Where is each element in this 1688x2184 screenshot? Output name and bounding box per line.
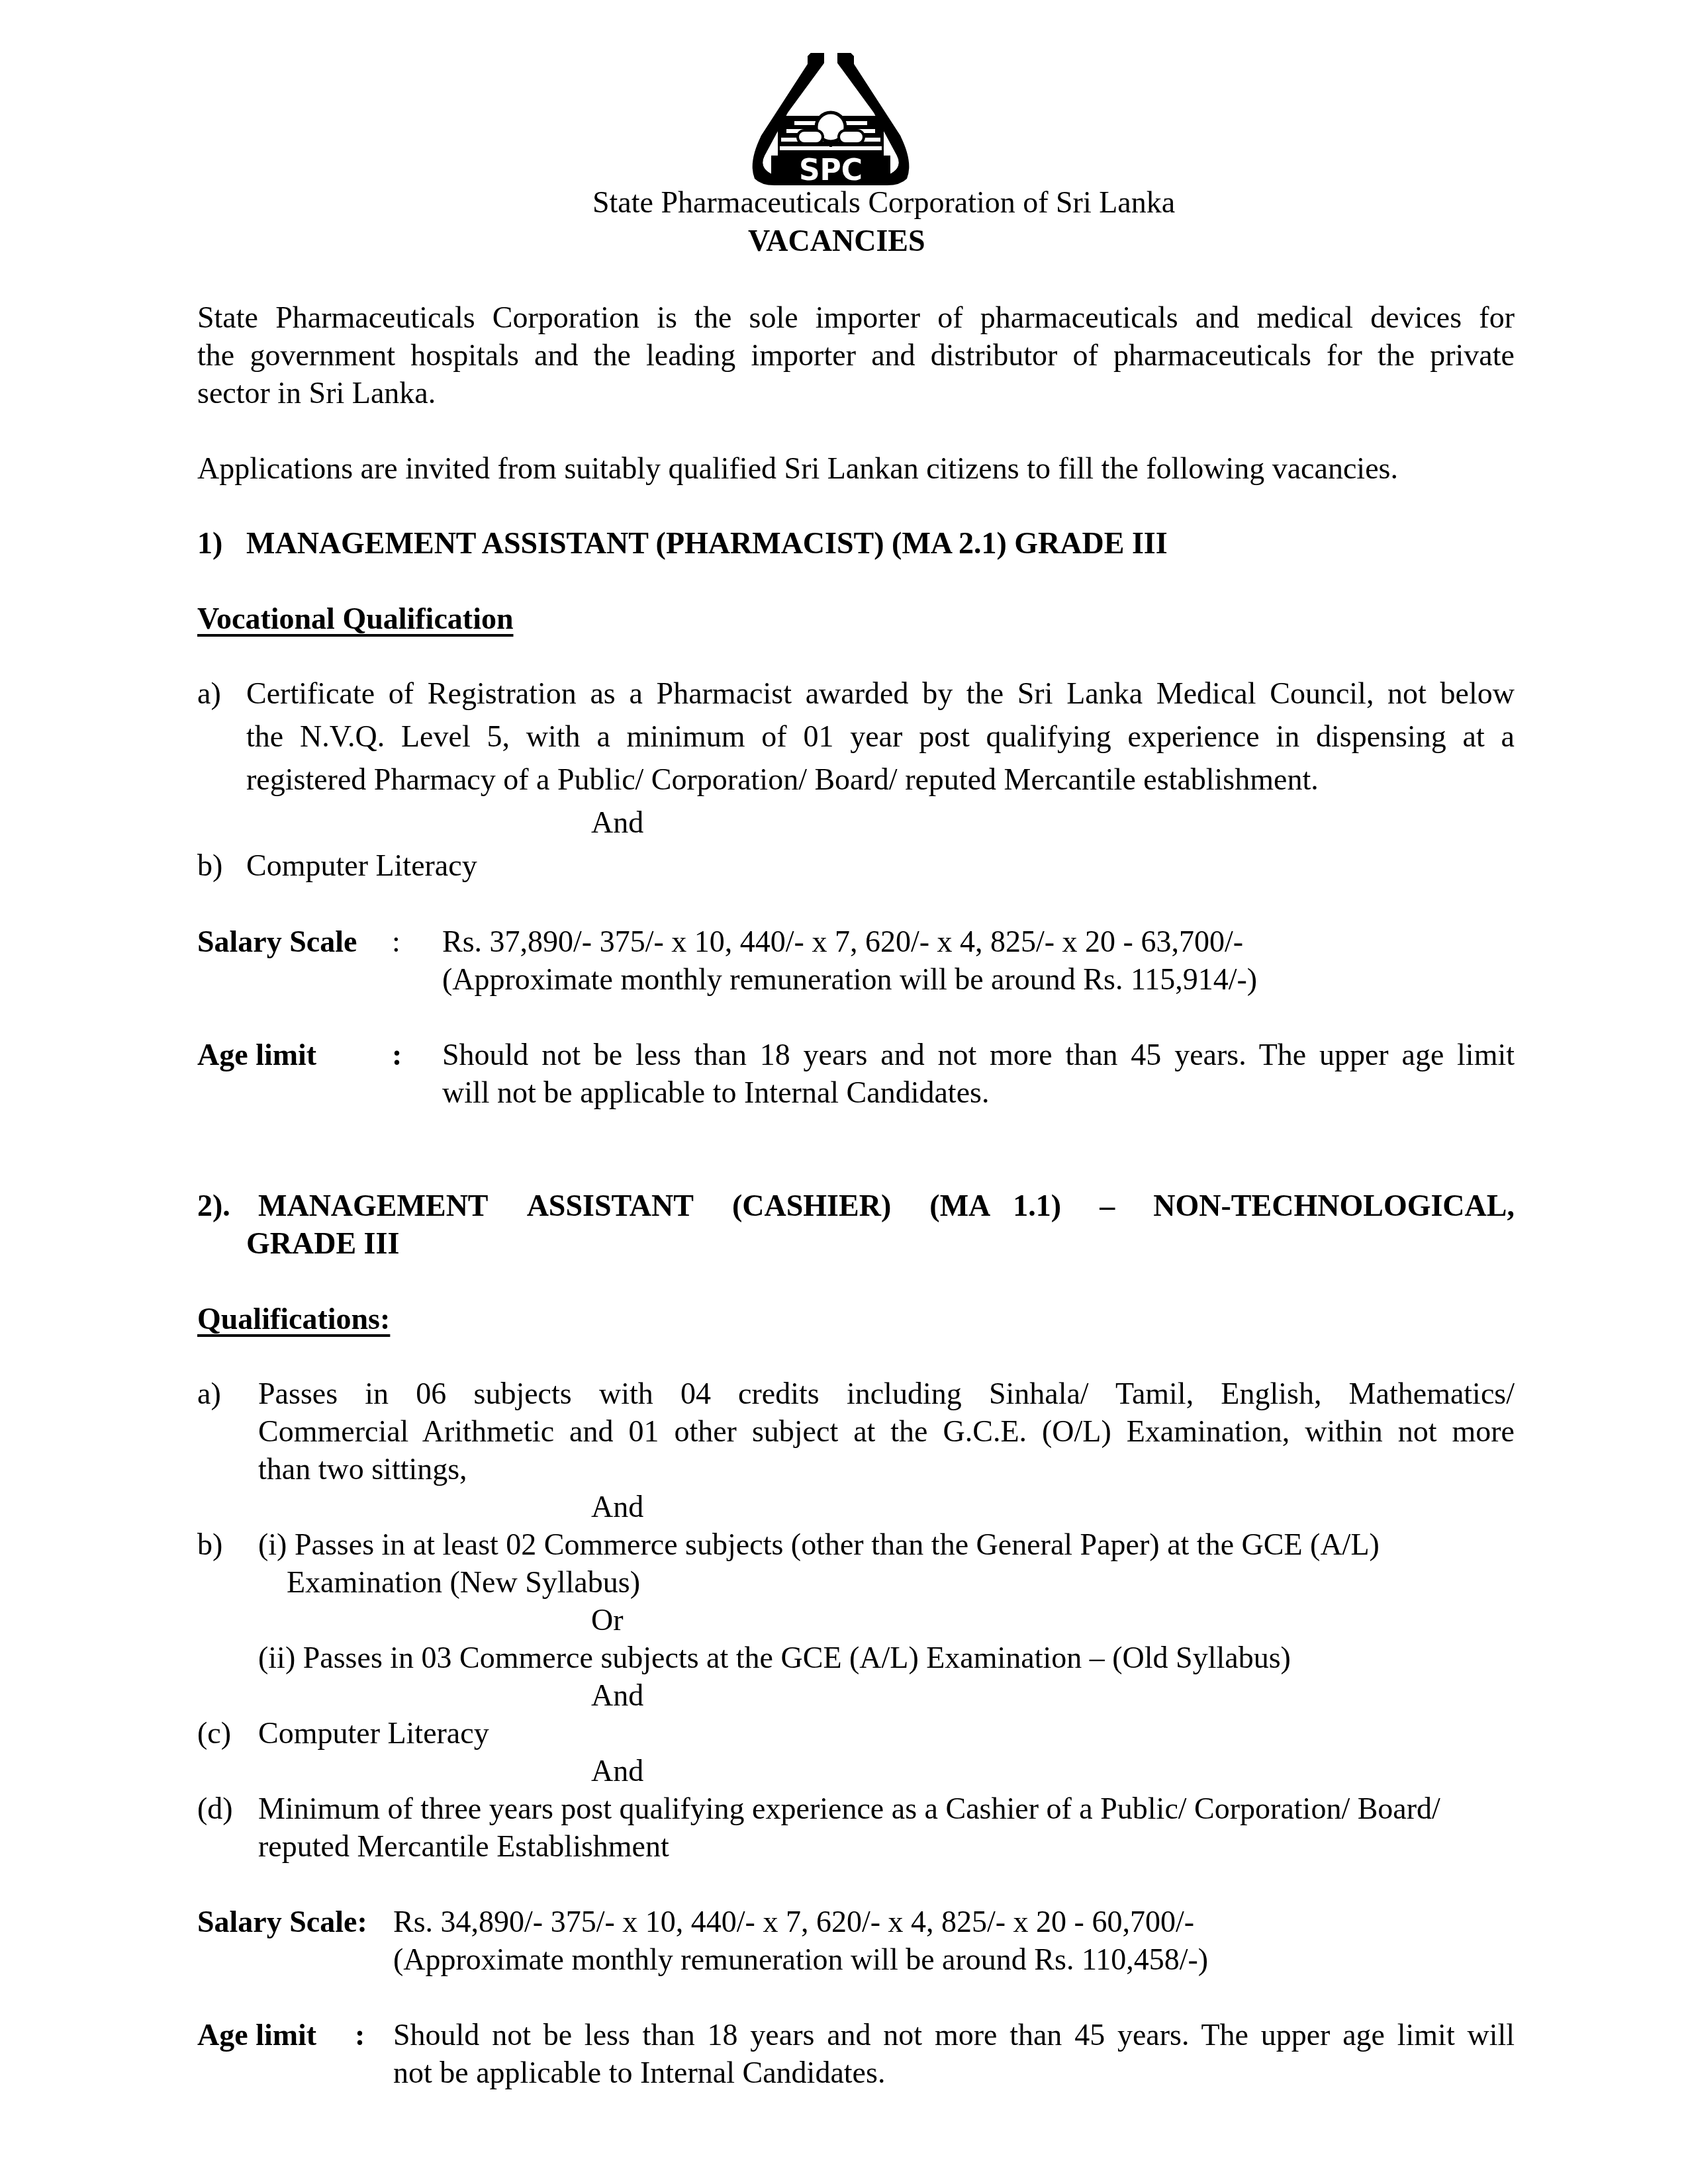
age-limit-line-2: not be applicable to Internal Candidates… bbox=[393, 2054, 885, 2091]
item-a-line-2: the N.V.Q. Level 5, with a minimum of 01… bbox=[246, 718, 1515, 755]
salary-scale-value: Rs. 34,890/- 375/- x 10, 440/- x 7, 620/… bbox=[393, 1903, 1194, 1940]
item-d-marker: (d) bbox=[197, 1790, 233, 1827]
qualifications-heading: Qualifications: bbox=[197, 1300, 390, 1338]
connector-or: Or bbox=[591, 1602, 624, 1639]
salary-remuneration: (Approximate monthly remuneration will b… bbox=[442, 961, 1257, 998]
age-limit-separator: : bbox=[392, 1036, 402, 1073]
vacancy-2-title-line-1: MANAGEMENT ASSISTANT (CASHIER) (MA 1.1) … bbox=[258, 1187, 1515, 1224]
item-d-line-1: Minimum of three years post qualifying e… bbox=[258, 1790, 1440, 1827]
item-a-line-1: Passes in 06 subjects with 04 credits in… bbox=[258, 1375, 1515, 1412]
title-word: MANAGEMENT bbox=[258, 1187, 489, 1224]
connector-and: And bbox=[591, 1677, 643, 1714]
item-a-line-2: Commercial Arithmetic and 01 other subje… bbox=[258, 1413, 1515, 1450]
vacancy-1-title: MANAGEMENT ASSISTANT (PHARMACIST) (MA 2.… bbox=[246, 525, 1168, 562]
vacancy-2-title-line-2: GRADE III bbox=[246, 1225, 399, 1262]
organization-name: State Pharmaceuticals Corporation of Sri… bbox=[592, 184, 1175, 221]
item-b-option-i-line-1: (i) Passes in at least 02 Commerce subje… bbox=[258, 1526, 1380, 1563]
item-c-text: Computer Literacy bbox=[258, 1715, 489, 1752]
title-word: (CASHIER) bbox=[732, 1187, 891, 1224]
title-word: (MA bbox=[929, 1187, 990, 1224]
item-a-line-3: than two sittings, bbox=[258, 1451, 467, 1488]
item-a-line-1: Certificate of Registration as a Pharmac… bbox=[246, 675, 1515, 712]
spc-logo-icon: SPC bbox=[748, 50, 914, 185]
salary-remuneration: (Approximate monthly remuneration will b… bbox=[393, 1941, 1208, 1978]
page-title: VACANCIES bbox=[748, 222, 925, 259]
vocational-qualification-heading: Vocational Qualification bbox=[197, 600, 514, 637]
item-b-marker: b) bbox=[197, 1526, 222, 1563]
salary-scale-label: Salary Scale: bbox=[197, 1903, 367, 1940]
title-word-group: (MA 1.1) bbox=[929, 1187, 1061, 1224]
connector-and: And bbox=[591, 1488, 643, 1525]
vacancy-1-number: 1) bbox=[197, 525, 222, 562]
item-a-marker: a) bbox=[197, 675, 221, 712]
age-limit-label: Age limit bbox=[197, 2017, 316, 2054]
item-a-marker: a) bbox=[197, 1375, 221, 1412]
age-limit-line-2: will not be applicable to Internal Candi… bbox=[442, 1074, 989, 1111]
spc-logo: SPC bbox=[748, 50, 914, 185]
item-d-line-2: reputed Mercantile Establishment bbox=[258, 1828, 669, 1865]
item-a-line-3: registered Pharmacy of a Public/ Corpora… bbox=[246, 761, 1319, 798]
salary-scale-value: Rs. 37,890/- 375/- x 10, 440/- x 7, 620/… bbox=[442, 923, 1243, 960]
title-word: – bbox=[1100, 1187, 1115, 1224]
connector-and: And bbox=[591, 804, 643, 841]
svg-text:SPC: SPC bbox=[799, 154, 863, 185]
document-page: SPC State Pharmaceuticals Corporation of… bbox=[0, 0, 1688, 2184]
vacancy-2-number: 2). bbox=[197, 1187, 230, 1224]
item-b-text: Computer Literacy bbox=[246, 847, 477, 884]
age-limit-label: Age limit bbox=[197, 1036, 316, 1073]
intro-line-3: sector in Sri Lanka. bbox=[197, 375, 436, 412]
item-b-option-i-line-2: Examination (New Syllabus) bbox=[287, 1564, 640, 1601]
title-word: 1.1) bbox=[1013, 1187, 1061, 1224]
title-word: NON-TECHNOLOGICAL, bbox=[1153, 1187, 1515, 1224]
intro-line-2: the government hospitals and the leading… bbox=[197, 337, 1515, 374]
intro-invitation: Applications are invited from suitably q… bbox=[197, 450, 1398, 487]
item-c-marker: (c) bbox=[197, 1715, 231, 1752]
age-limit-separator: : bbox=[355, 2017, 365, 2054]
item-b-option-ii: (ii) Passes in 03 Commerce subjects at t… bbox=[258, 1639, 1291, 1676]
title-word: ASSISTANT bbox=[527, 1187, 694, 1224]
age-limit-line-1: Should not be less than 18 years and not… bbox=[442, 1036, 1515, 1073]
connector-and: And bbox=[591, 1752, 643, 1790]
item-b-marker: b) bbox=[197, 847, 222, 884]
salary-scale-label: Salary Scale bbox=[197, 923, 357, 960]
salary-scale-separator: : bbox=[392, 923, 400, 960]
age-limit-line-1: Should not be less than 18 years and not… bbox=[393, 2017, 1515, 2054]
intro-line-1: State Pharmaceuticals Corporation is the… bbox=[197, 299, 1515, 336]
